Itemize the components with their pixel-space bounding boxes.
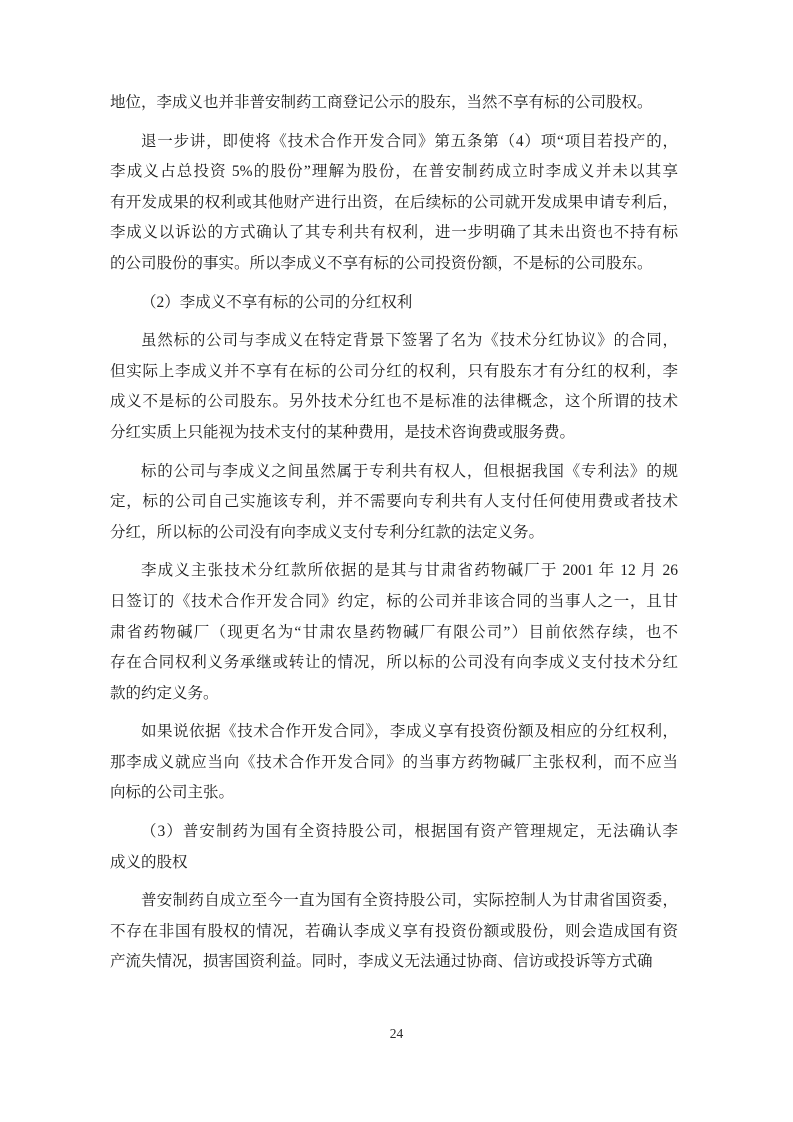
text-line: 如果说依据《技术合作开发合同》，李成义享有投资份额及相应的分红权利， [110,717,678,748]
text-line: 向标的公司主张。 [110,778,678,809]
paragraph: 地位，李成义也并非普安制药工商登记公示的股东，当然不享有标的公司股权。 [110,88,678,119]
text-line: 分红实质上只能视为技术支付的某种费用，是技术咨询费或服务费。 [110,418,678,449]
text-line: （3）普安制药为国有全资持股公司，根据国有资产管理规定，无法确认李 [110,817,678,848]
document-body: 地位，李成义也并非普安制药工商登记公示的股东，当然不享有标的公司股权。退一步讲，… [110,88,678,978]
paragraph: 标的公司与李成义之间虽然属于专利共有权人，但根据我国《专利法》的规定，标的公司自… [110,457,678,549]
paragraph: 退一步讲，即使将《技术合作开发合同》第五条第（4）项“项目若投产的，李成义占总投… [110,127,678,280]
text-line: 产流失情况，损害国资利益。同时，李成义无法通过协商、信访或投诉等方式确 [110,947,678,978]
text-line: 成义的股权 [110,848,678,879]
section-heading: （3）普安制药为国有全资持股公司，根据国有资产管理规定，无法确认李成义的股权 [110,817,678,878]
text-line: 分红，所以标的公司没有向李成义支付专利分红款的法定义务。 [110,518,678,549]
text-line: （2）李成义不享有标的公司的分红权利 [110,288,678,319]
text-line: 虽然标的公司与李成义在特定背景下签署了名为《技术分红协议》的合同， [110,326,678,357]
page-footer: 24 [0,1026,793,1042]
text-line: 普安制药自成立至今一直为国有全资持股公司，实际控制人为甘肃省国资委， [110,886,678,917]
page-number: 24 [390,1026,404,1041]
text-line: 不存在非国有股权的情况，若确认李成义享有投资份额或股份，则会造成国有资 [110,917,678,948]
text-line: 肃省药物碱厂（现更名为“甘肃农垦药物碱厂有限公司”）目前依然存续，也不 [110,618,678,649]
text-line: 有开发成果的权利或其他财产进行出资，在后续标的公司就开发成果申请专利后， [110,188,678,219]
text-line: 李成义占总投资 5%的股份”理解为股份，在普安制药成立时李成义并未以其享 [110,157,678,188]
paragraph: 普安制药自成立至今一直为国有全资持股公司，实际控制人为甘肃省国资委，不存在非国有… [110,886,678,978]
text-line: 李成义主张技术分红款所依据的是其与甘肃省药物碱厂于 2001 年 12 月 26 [110,556,678,587]
text-line: 款的约定义务。 [110,679,678,710]
text-line: 但实际上李成义并不享有在标的公司分红的权利，只有股东才有分红的权利，李 [110,357,678,388]
text-line: 李成义以诉讼的方式确认了其专利共有权利，进一步明确了其未出资也不持有标 [110,218,678,249]
paragraph: 李成义主张技术分红款所依据的是其与甘肃省药物碱厂于 2001 年 12 月 26… [110,556,678,709]
text-line: 成义不是标的公司股东。另外技术分红也不是标准的法律概念，这个所谓的技术 [110,387,678,418]
text-line: 存在合同权利义务承继或转让的情况，所以标的公司没有向李成义支付技术分红 [110,648,678,679]
text-line: 那李成义就应当向《技术合作开发合同》的当事方药物碱厂主张权利，而不应当 [110,748,678,779]
text-line: 定，标的公司自己实施该专利，并不需要向专利共有人支付任何使用费或者技术 [110,487,678,518]
text-line: 的公司股份的事实。所以李成义不享有标的公司投资份额，不是标的公司股东。 [110,249,678,280]
paragraph: 虽然标的公司与李成义在特定背景下签署了名为《技术分红协议》的合同，但实际上李成义… [110,326,678,448]
document-page: 地位，李成义也并非普安制药工商登记公示的股东，当然不享有标的公司股权。退一步讲，… [0,0,793,1122]
paragraph: 如果说依据《技术合作开发合同》，李成义享有投资份额及相应的分红权利，那李成义就应… [110,717,678,809]
section-heading: （2）李成义不享有标的公司的分红权利 [110,288,678,319]
text-line: 标的公司与李成义之间虽然属于专利共有权人，但根据我国《专利法》的规 [110,457,678,488]
text-line: 日签订的《技术合作开发合同》约定，标的公司并非该合同的当事人之一，且甘 [110,587,678,618]
text-line: 地位，李成义也并非普安制药工商登记公示的股东，当然不享有标的公司股权。 [110,88,678,119]
text-line: 退一步讲，即使将《技术合作开发合同》第五条第（4）项“项目若投产的， [110,127,678,158]
